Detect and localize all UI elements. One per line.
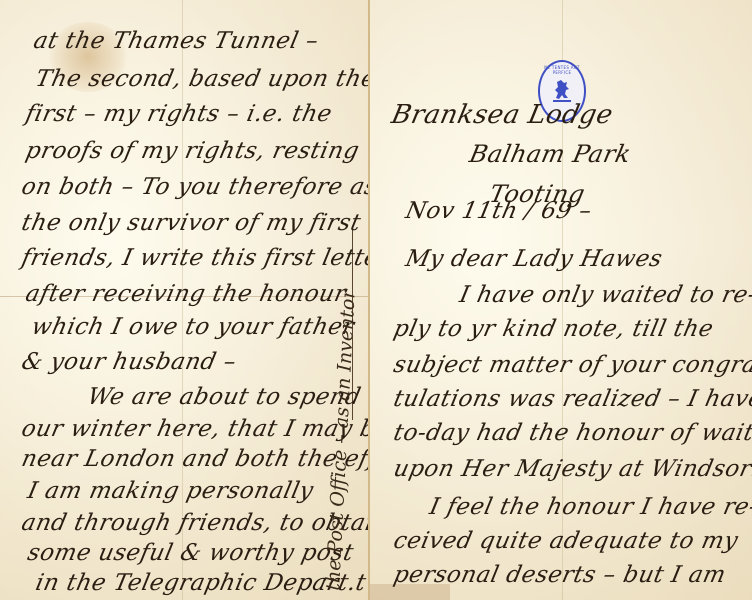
left-page: at the Thames Tunnel – The second, based…	[0, 0, 370, 600]
handwritten-line: proofs of my rights, resting	[23, 138, 361, 164]
address-line: Balham Park	[467, 140, 634, 168]
handwritten-line: at the Thames Tunnel –	[31, 28, 321, 54]
handwritten-line: subject matter of your congra-	[391, 352, 752, 378]
handwritten-line: ply to yr kind note, till the	[391, 316, 716, 342]
salutation: My dear Lady Hawes	[403, 246, 665, 272]
handwritten-line: on both – To you therefore as	[19, 174, 370, 200]
handwritten-line: our winter here, that I may be	[19, 416, 370, 442]
handwritten-line: some useful & worthy post	[25, 540, 356, 566]
handwritten-line: in the Telegraphic Depart.t or	[33, 570, 370, 596]
handwritten-line: friends, I write this first letter	[19, 245, 370, 271]
handwritten-line: ceived quite adequate to my	[391, 528, 740, 554]
handwritten-line: and through friends, to obtain	[19, 510, 370, 536]
handwritten-line: which I owe to your father	[29, 314, 356, 340]
crest-motto: NE TENTES AUT PERFICE	[540, 65, 584, 75]
handwritten-line: I am making personally	[25, 478, 316, 504]
handwritten-line: I have only waited to re-	[457, 282, 752, 308]
handwritten-line: first – my rights – i.e. the	[23, 101, 334, 127]
handwritten-line: after receiving the honour	[23, 281, 349, 307]
handwritten-line: The second, based upon the	[33, 66, 370, 92]
handwritten-line: tulations was realized – I have	[391, 386, 752, 412]
handwritten-line: & your husband –	[19, 349, 238, 375]
right-page: NE TENTES AUT PERFICE Branksea Lodge Bal…	[370, 0, 752, 600]
letter-date: Nov 11th / 69 –	[403, 198, 594, 224]
handwritten-line: upon Her Majesty at Windsor!	[391, 456, 752, 482]
handwritten-line: near London and both the efforts	[19, 446, 370, 472]
handwritten-line: the only survivor of my first	[19, 210, 363, 236]
letter-spread: at the Thames Tunnel – The second, based…	[0, 0, 752, 600]
address-line: Branksea Lodge	[389, 100, 616, 130]
handwritten-line: to-day had the honour of waiting	[391, 420, 752, 446]
handwritten-line: We are about to spend	[85, 384, 363, 410]
handwritten-line: personal deserts – but I am	[391, 562, 728, 588]
handwritten-line: I feel the honour I have re-	[427, 494, 752, 520]
